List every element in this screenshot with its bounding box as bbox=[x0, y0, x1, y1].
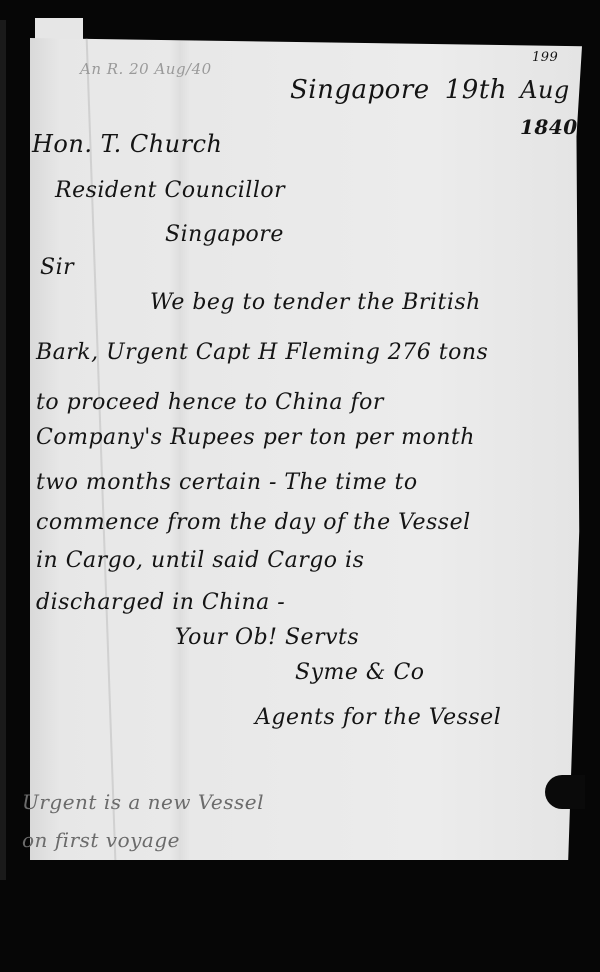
signature: Syme & Co bbox=[295, 660, 425, 685]
body-line-8: discharged in China - bbox=[36, 590, 285, 615]
body-line-4: Company's Rupees per ton per month bbox=[36, 425, 475, 450]
body-line-3: to proceed hence to China for bbox=[36, 390, 384, 415]
addressee-title: Resident Councillor bbox=[55, 178, 285, 203]
folio-number: 199 bbox=[532, 50, 558, 65]
addressee-name: Hon. T. Church bbox=[32, 130, 222, 158]
addressee-location: Singapore bbox=[165, 222, 284, 247]
salutation: Sir bbox=[40, 255, 74, 280]
body-line-6: commence from the day of the Vessel bbox=[36, 510, 471, 535]
postscript-line-2: on first voyage bbox=[22, 828, 180, 852]
binding-clip bbox=[545, 775, 585, 809]
body-line-5: two months certain - The time to bbox=[36, 470, 418, 495]
document-scan: An R. 20 Aug/40 199 Singapore 19th Aug 1… bbox=[0, 0, 600, 972]
body-line-2: Bark, Urgent Capt H Fleming 276 tons bbox=[36, 340, 488, 365]
scan-border bbox=[0, 20, 6, 880]
signature-role: Agents for the Vessel bbox=[255, 705, 501, 730]
place: Singapore bbox=[290, 75, 430, 105]
body-line-7: in Cargo, until said Cargo is bbox=[36, 548, 364, 573]
body-line-1: We beg to tender the British bbox=[150, 290, 481, 315]
year: 1840 bbox=[520, 115, 578, 139]
archival-note: An R. 20 Aug/40 bbox=[80, 60, 212, 78]
place-date: Singapore 19th Aug bbox=[290, 75, 570, 105]
closing: Your Ob! Servts bbox=[175, 625, 359, 650]
day: 19th bbox=[445, 75, 507, 105]
postscript-line-1: Urgent is a new Vessel bbox=[22, 790, 264, 814]
month: Aug bbox=[520, 76, 570, 104]
